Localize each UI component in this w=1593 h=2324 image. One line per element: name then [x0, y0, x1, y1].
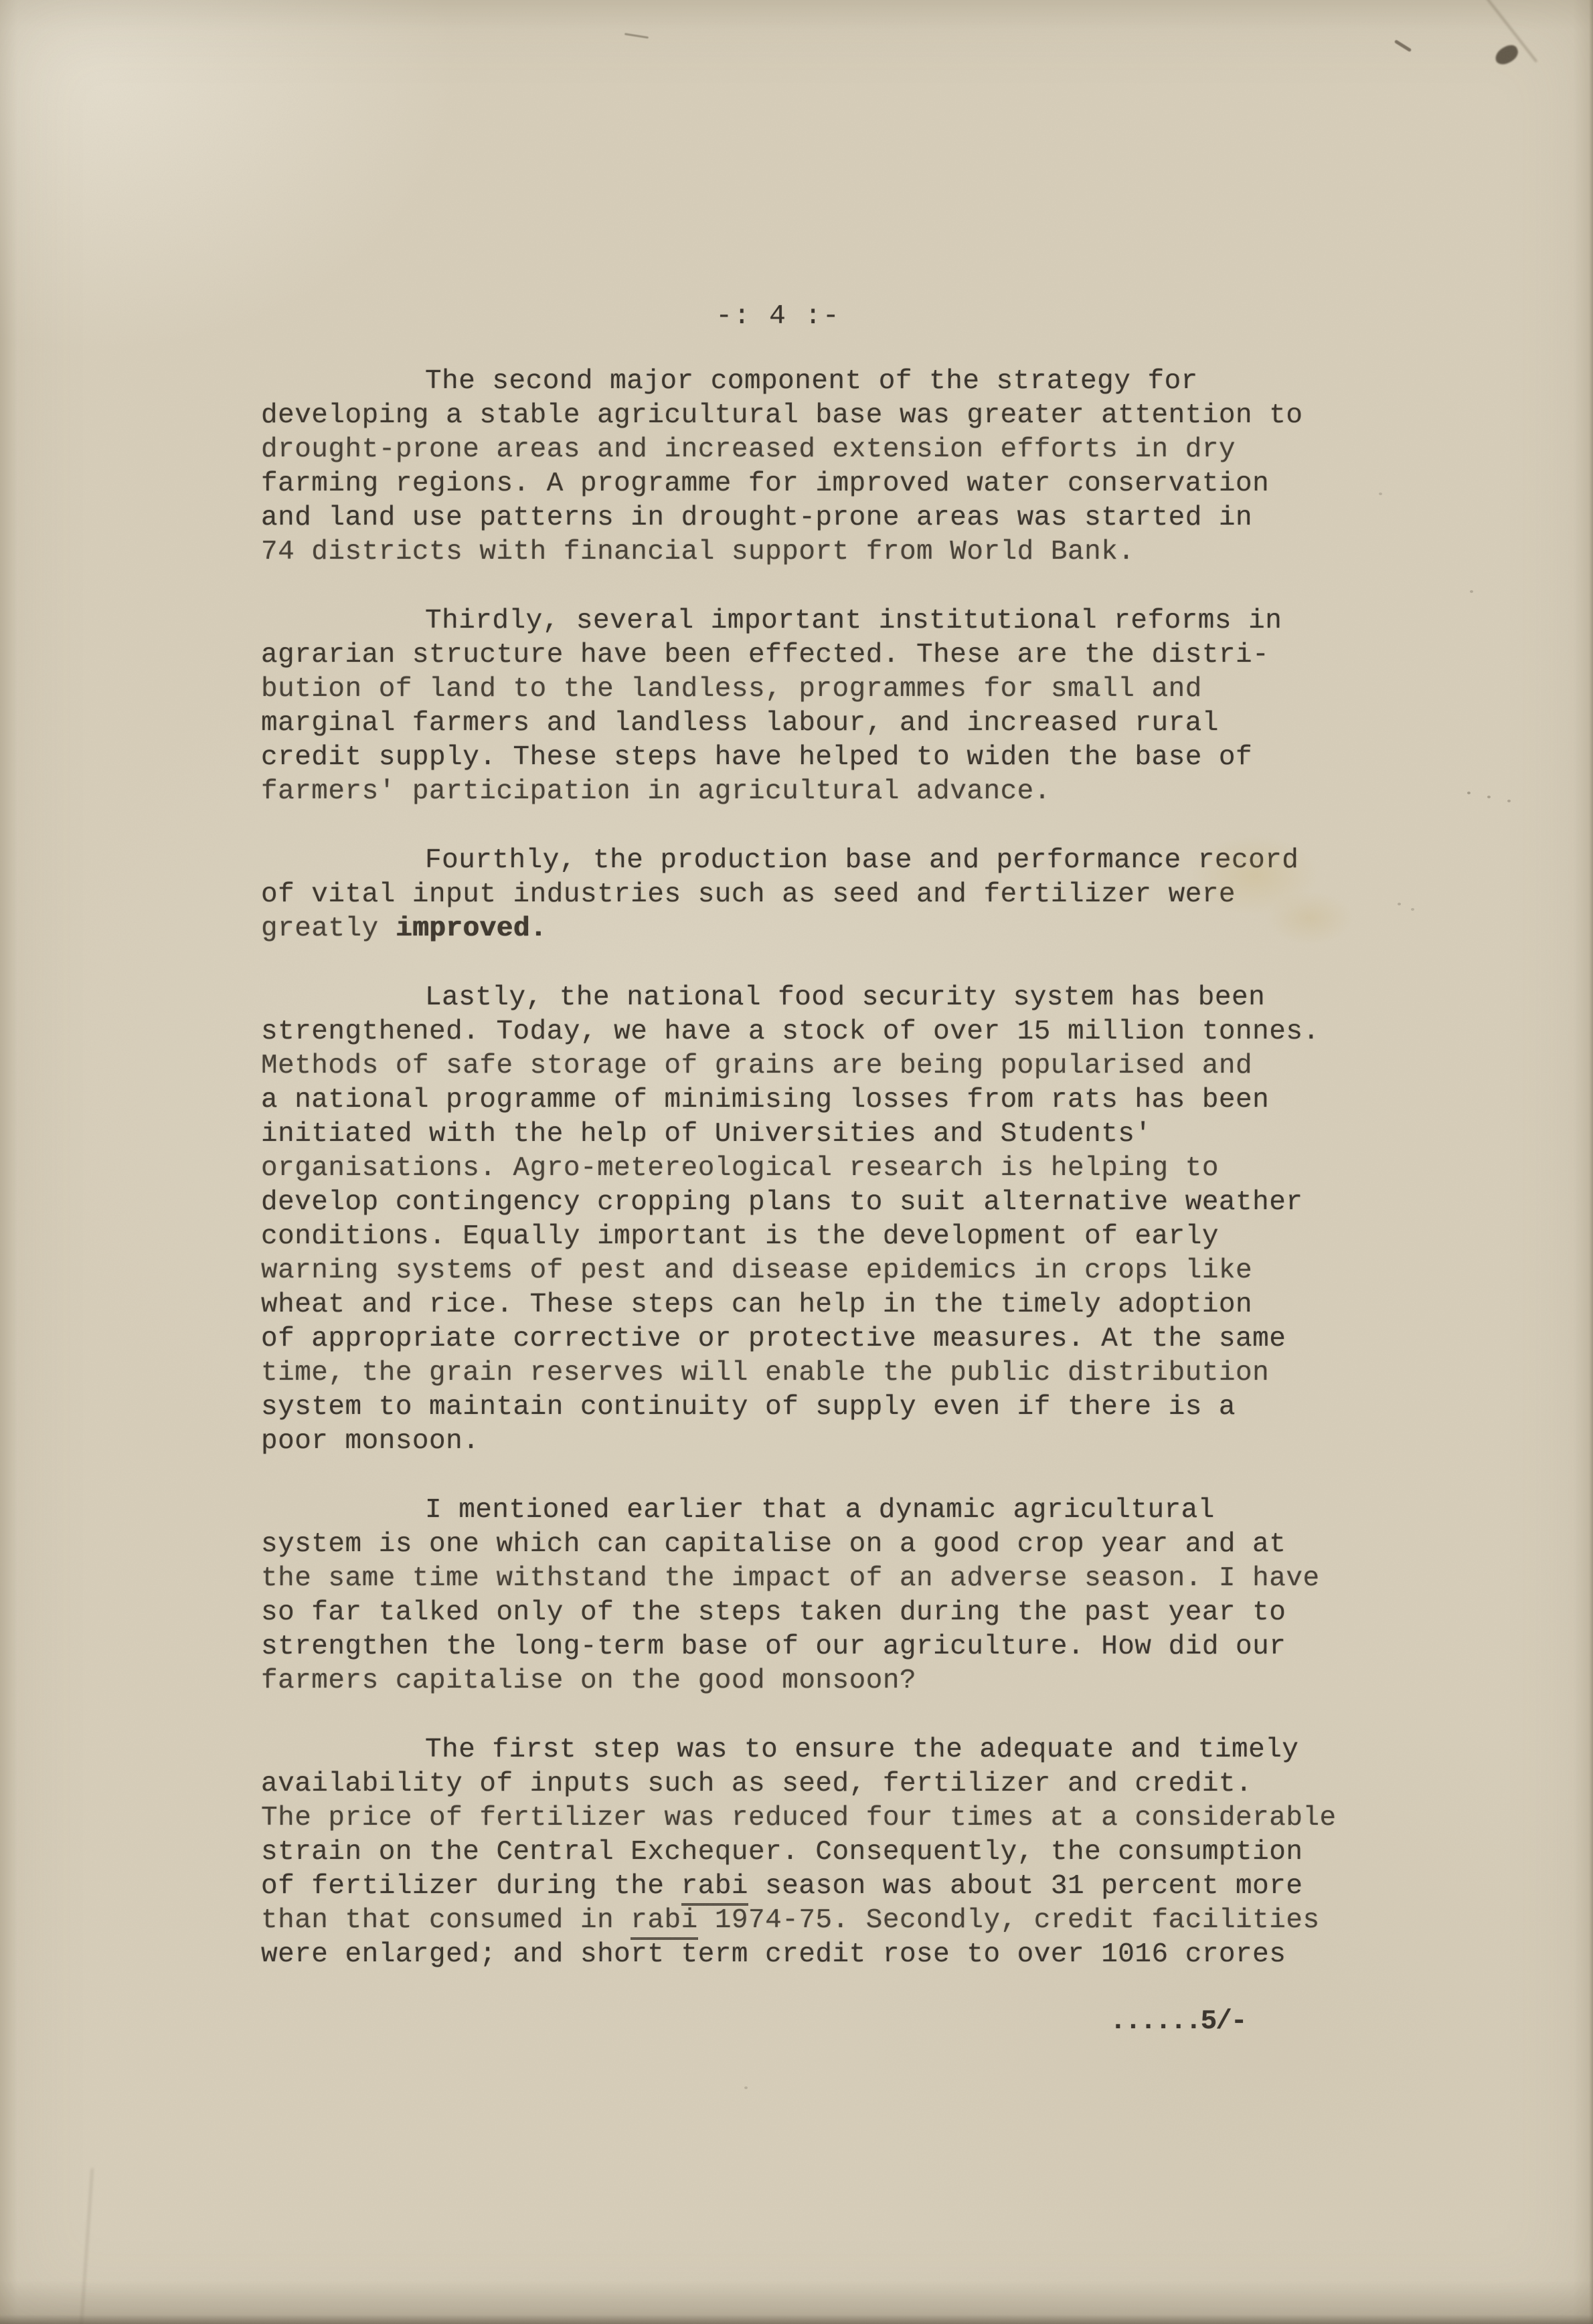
text-segment: rabi	[681, 1871, 748, 1906]
paper-speckle	[1487, 796, 1491, 798]
text-line: poor monsoon.	[261, 1425, 1295, 1459]
text-segment: a national programme of minimising losse…	[261, 1085, 1269, 1115]
text-segment: farmers' participation in agricultural a…	[261, 776, 1051, 807]
text-segment: the same time withstand the impact of an…	[261, 1563, 1320, 1594]
page-number-header: -: 4 :-	[261, 300, 1295, 334]
text-segment: conditions. Equally important is the dev…	[261, 1221, 1219, 1252]
text-line: The second major component of the strate…	[261, 365, 1295, 399]
text-segment: The second major component of the strate…	[425, 366, 1198, 397]
text-segment: of vital input industries such as seed a…	[261, 879, 1236, 910]
text-segment: bution of land to the landless, programm…	[261, 674, 1202, 705]
text-segment: wheat and rice. These steps can help in …	[261, 1289, 1252, 1320]
text-segment: strain on the Central Exchequer. Consequ…	[261, 1837, 1303, 1868]
text-segment: rabi	[631, 1905, 697, 1940]
ink-blot	[1493, 43, 1521, 68]
text-segment: 1974-75. Secondly, credit facilities	[698, 1905, 1320, 1936]
text-segment: system is one which can capitalise on a …	[261, 1529, 1286, 1560]
text-line: credit supply. These steps have helped t…	[261, 741, 1295, 775]
text-line: The price of fertilizer was reduced four…	[261, 1801, 1295, 1836]
paragraph: I mentioned earlier that a dynamic agric…	[261, 1494, 1295, 1698]
text-segment: so far talked only of the steps taken du…	[261, 1597, 1286, 1628]
text-segment: Fourthly, the production base and perfor…	[425, 845, 1298, 876]
text-segment: The price of fertilizer was reduced four…	[261, 1803, 1337, 1834]
text-segment: initiated with the help of Universities …	[261, 1119, 1152, 1150]
text-line: bution of land to the landless, programm…	[261, 673, 1295, 707]
text-segment: strengthened. Today, we have a stock of …	[261, 1016, 1320, 1047]
text-line: system to maintain continuity of supply …	[261, 1391, 1295, 1425]
page-edge-shadow	[1589, 0, 1593, 2324]
paper-speckle	[1379, 493, 1382, 495]
text-segment: than that consumed in	[261, 1905, 631, 1936]
text-segment: greatly	[261, 913, 396, 944]
document-body: The second major component of the strate…	[261, 365, 1295, 2007]
text-segment: availability of inputs such as seed, fer…	[261, 1769, 1252, 1799]
text-segment: 74 districts with financial support from…	[261, 537, 1135, 567]
text-line: drought-prone areas and increased extens…	[261, 433, 1295, 467]
text-line: of vital input industries such as seed a…	[261, 878, 1295, 912]
text-line: wheat and rice. These steps can help in …	[261, 1288, 1295, 1322]
text-segment: farming regions. A programme for improve…	[261, 468, 1269, 499]
text-line: strengthen the long-term base of our agr…	[261, 1630, 1295, 1664]
text-line: a national programme of minimising losse…	[261, 1083, 1295, 1118]
text-segment: of fertilizer during the	[261, 1871, 681, 1902]
paper-speckle	[1398, 903, 1401, 905]
page-edge-shadow	[0, 2315, 1593, 2324]
next-page-reference: ......5/-	[1110, 2005, 1246, 2039]
text-segment: organisations. Agro-metereological resea…	[261, 1153, 1219, 1184]
text-line: of fertilizer during the rabi season was…	[261, 1870, 1295, 1904]
text-line: time, the grain reserves will enable the…	[261, 1356, 1295, 1391]
text-segment: of appropriate corrective or protective …	[261, 1324, 1286, 1354]
text-line: Thirdly, several important institutional…	[261, 604, 1295, 638]
paper-crease	[1478, 0, 1537, 62]
text-segment: develop contingency cropping plans to su…	[261, 1187, 1303, 1218]
text-segment: improved.	[396, 913, 547, 944]
text-line: Lastly, the national food security syste…	[261, 981, 1295, 1015]
text-line: marginal farmers and landless labour, an…	[261, 707, 1295, 741]
text-segment: credit supply. These steps have helped t…	[261, 742, 1252, 773]
paragraph: Lastly, the national food security syste…	[261, 981, 1295, 1459]
text-segment: developing a stable agricultural base wa…	[261, 400, 1303, 431]
text-line: availability of inputs such as seed, fer…	[261, 1767, 1295, 1801]
ink-mark	[1394, 39, 1412, 52]
text-line: strengthened. Today, we have a stock of …	[261, 1015, 1295, 1049]
text-segment: time, the grain reserves will enable the…	[261, 1358, 1269, 1389]
text-segment: Lastly, the national food security syste…	[425, 982, 1265, 1013]
text-segment: season was about 31 percent more	[748, 1871, 1303, 1902]
text-line: 74 districts with financial support from…	[261, 535, 1295, 569]
paper-speckle	[744, 2086, 748, 2089]
text-line: farmers capitalise on the good monsoon?	[261, 1664, 1295, 1698]
paper-speckle	[1467, 792, 1471, 794]
text-segment: drought-prone areas and increased extens…	[261, 434, 1236, 465]
text-segment: The first step was to ensure the adequat…	[425, 1734, 1298, 1765]
text-line: farmers' participation in agricultural a…	[261, 775, 1295, 809]
text-segment: and land use patterns in drought-prone a…	[261, 503, 1252, 533]
paper-crease	[80, 2168, 94, 2324]
text-line: the same time withstand the impact of an…	[261, 1562, 1295, 1596]
text-line: strain on the Central Exchequer. Consequ…	[261, 1836, 1295, 1870]
text-line: than that consumed in rabi 1974-75. Seco…	[261, 1904, 1295, 1938]
text-line: organisations. Agro-metereological resea…	[261, 1152, 1295, 1186]
paper-speckle	[1507, 800, 1511, 802]
text-line: so far talked only of the steps taken du…	[261, 1596, 1295, 1630]
text-segment: strengthen the long-term base of our agr…	[261, 1631, 1286, 1662]
text-line: Methods of safe storage of grains are be…	[261, 1049, 1295, 1083]
text-line: warning systems of pest and disease epid…	[261, 1254, 1295, 1288]
text-segment: Thirdly, several important institutional…	[425, 606, 1282, 636]
text-line: farming regions. A programme for improve…	[261, 467, 1295, 501]
text-segment: warning systems of pest and disease epid…	[261, 1255, 1252, 1286]
paper-speckle	[1411, 908, 1414, 911]
paper-fiber	[624, 33, 649, 39]
text-line: develop contingency cropping plans to su…	[261, 1186, 1295, 1220]
text-line: agrarian structure have been effected. T…	[261, 638, 1295, 673]
paper-speckle	[1470, 590, 1473, 593]
text-line: greatly improved.	[261, 912, 1295, 946]
paragraph: The second major component of the strate…	[261, 365, 1295, 569]
text-segment: agrarian structure have been effected. T…	[261, 640, 1269, 671]
text-segment: marginal farmers and landless labour, an…	[261, 708, 1219, 739]
paragraph: The first step was to ensure the adequat…	[261, 1733, 1295, 1972]
text-line: I mentioned earlier that a dynamic agric…	[261, 1494, 1295, 1528]
text-line: initiated with the help of Universities …	[261, 1118, 1295, 1152]
text-line: The first step was to ensure the adequat…	[261, 1733, 1295, 1767]
text-line: conditions. Equally important is the dev…	[261, 1220, 1295, 1254]
text-line: developing a stable agricultural base wa…	[261, 399, 1295, 433]
text-line: and land use patterns in drought-prone a…	[261, 501, 1295, 535]
text-segment: farmers capitalise on the good monsoon?	[261, 1666, 916, 1696]
text-line: were enlarged; and short term credit ros…	[261, 1938, 1295, 1972]
text-segment: system to maintain continuity of supply …	[261, 1392, 1236, 1423]
text-segment: poor monsoon.	[261, 1426, 479, 1457]
paragraph: Thirdly, several important institutional…	[261, 604, 1295, 809]
text-segment: were enlarged; and short term credit ros…	[261, 1939, 1286, 1970]
scanned-document-page: -: 4 :- The second major component of th…	[0, 0, 1593, 2324]
paragraph: Fourthly, the production base and perfor…	[261, 844, 1295, 946]
text-line: Fourthly, the production base and perfor…	[261, 844, 1295, 878]
text-segment: Methods of safe storage of grains are be…	[261, 1051, 1252, 1081]
text-line: of appropriate corrective or protective …	[261, 1322, 1295, 1356]
text-line: system is one which can capitalise on a …	[261, 1528, 1295, 1562]
text-segment: I mentioned earlier that a dynamic agric…	[425, 1495, 1215, 1526]
